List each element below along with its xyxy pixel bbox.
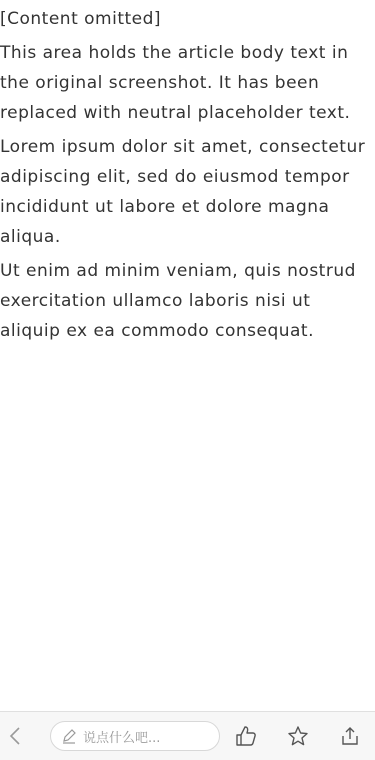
star-icon xyxy=(287,725,309,747)
article-paragraph: Lorem ipsum dolor sit amet, consectetur … xyxy=(0,132,369,252)
comment-placeholder: 说点什么吧... xyxy=(83,727,160,746)
article-paragraph: [Content omitted] xyxy=(0,4,369,34)
pencil-icon xyxy=(61,728,77,744)
comment-input[interactable]: 说点什么吧... xyxy=(50,721,220,751)
back-button[interactable] xyxy=(0,726,30,746)
share-button[interactable] xyxy=(339,725,361,747)
article-body: [Content omitted] This area holds the ar… xyxy=(0,0,375,712)
like-button[interactable] xyxy=(235,725,257,747)
bottom-action-bar: 说点什么吧... xyxy=(0,711,375,760)
thumbs-up-icon xyxy=(235,725,257,747)
article-paragraph: Ut enim ad minim veniam, quis nostrud ex… xyxy=(0,256,369,346)
share-icon xyxy=(339,725,361,747)
back-chevron-icon xyxy=(9,726,21,746)
article-paragraph: This area holds the article body text in… xyxy=(0,38,369,128)
favorite-button[interactable] xyxy=(287,725,309,747)
